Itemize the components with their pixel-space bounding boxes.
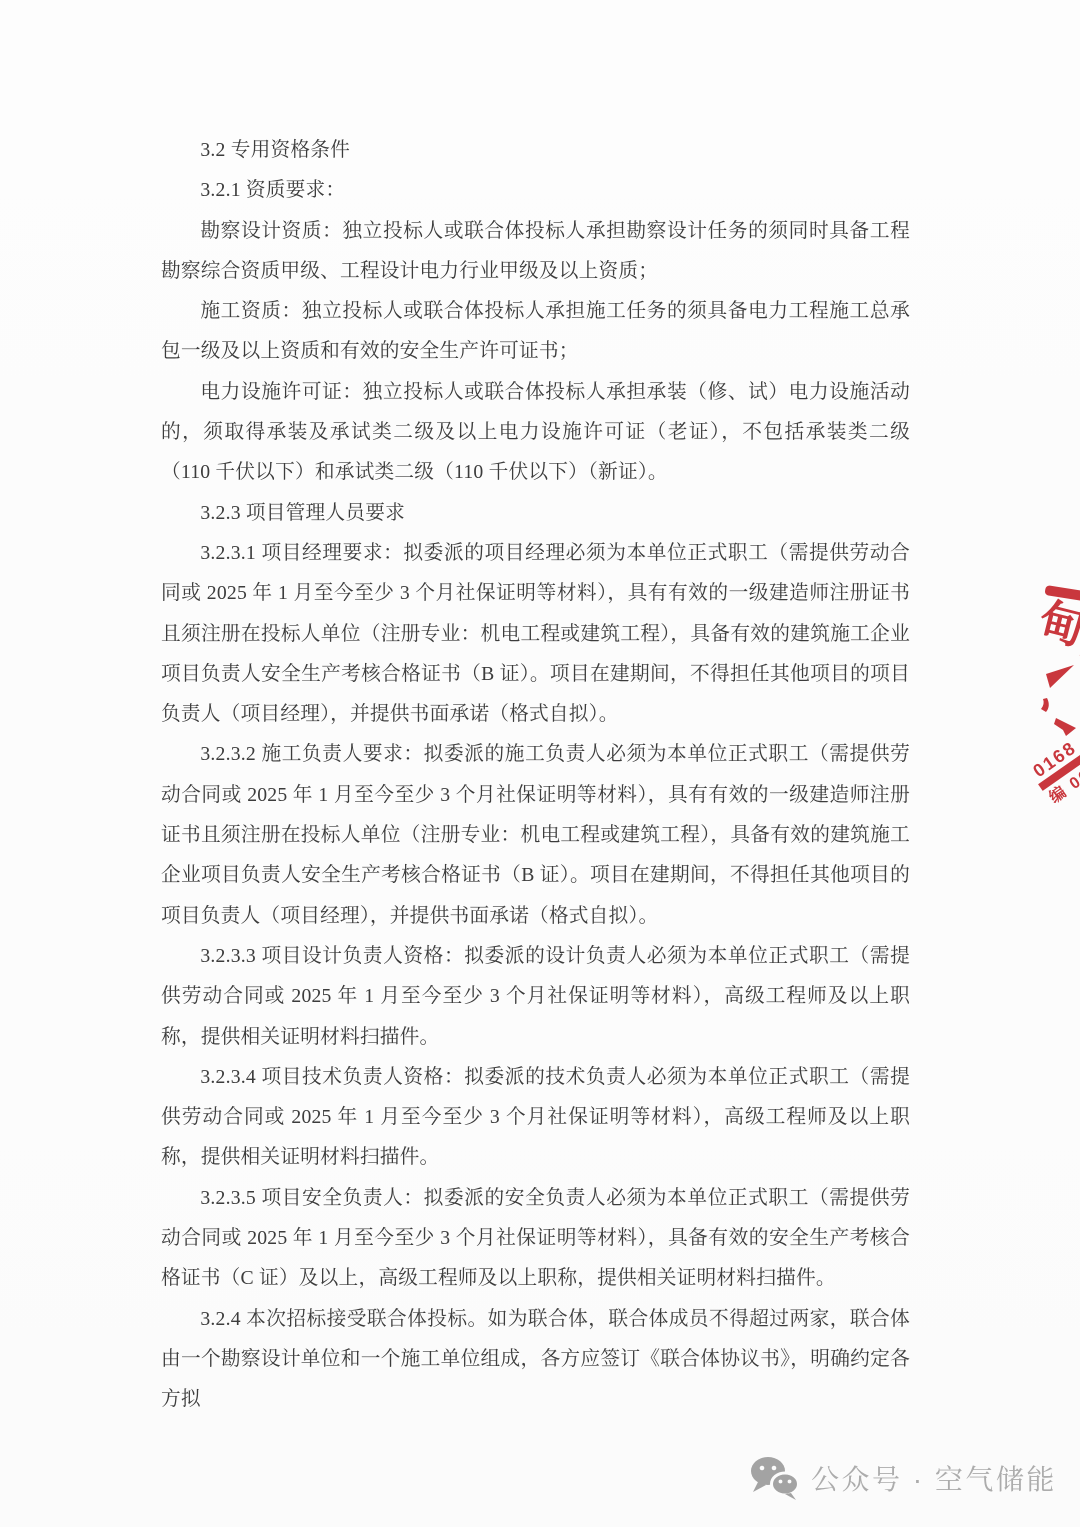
paragraph-consortium-bidding: 3.2.4 本次招标接受联合体投标。如为联合体，联合体成员不得超过两家，联合体由…: [161, 1299, 910, 1420]
watermark-label: 公众号 · 空气储能: [811, 1458, 1057, 1498]
stamp-mark: [1041, 698, 1049, 712]
stamp-mark: [1054, 718, 1076, 736]
stamp-serial-number: 0168: [1032, 737, 1080, 781]
stamp-character-fragment: 甸: [1034, 594, 1080, 655]
paragraph-design-lead-qualification: 3.2.3.3 项目设计负责人资格：拟委派的设计负责人必须为本单位正式职工（需提…: [161, 936, 910, 1057]
wechat-watermark: 公众号 · 空气储能: [750, 1452, 1057, 1504]
document-body: 3.2 专用资格条件 3.2.1 资质要求： 勘察设计资质：独立投标人或联合体投…: [161, 130, 910, 1420]
paragraph-survey-design-qualification: 勘察设计资质：独立投标人或联合体投标人承担勘察设计任务的须同时具备工程勘察综合资…: [161, 211, 910, 292]
paragraph-construction-lead-requirements: 3.2.3.2 施工负责人要求：拟委派的施工负责人必须为本单位正式职工（需提供劳…: [161, 734, 910, 935]
paragraph-technical-lead-qualification: 3.2.3.4 项目技术负责人资格：拟委派的技术负责人必须为本单位正式职工（需提…: [161, 1057, 910, 1178]
stamp-serial-number: 编 06: [1045, 765, 1080, 803]
paragraph-power-facility-license: 电力设施许可证：独立投标人或联合体投标人承担承装（修、试）电力设施活动的，须取得…: [161, 372, 910, 493]
paragraph-project-manager-requirements: 3.2.3.1 项目经理要求：拟委派的项目经理必须为本单位正式职工（需提供劳动合…: [161, 533, 910, 734]
heading-3-2-3: 3.2.3 项目管理人员要求: [161, 493, 910, 533]
paragraph-construction-qualification: 施工资质：独立投标人或联合体投标人承担施工任务的须具备电力工程施工总承包一级及以…: [161, 291, 910, 372]
scanned-document-page: 3.2 专用资格条件 3.2.1 资质要求： 勘察设计资质：独立投标人或联合体投…: [0, 0, 1080, 1527]
wechat-icon: [750, 1456, 798, 1500]
stamp-border-fragment: [1044, 585, 1080, 605]
red-seal-stamp-graphic: 甸 ろ 0168 编 06: [1032, 578, 1080, 803]
red-seal-stamp: 甸 ろ 0168 编 06: [1032, 578, 1080, 803]
paragraph-safety-lead-qualification: 3.2.3.5 项目安全负责人：拟委派的安全负责人必须为本单位正式职工（需提供劳…: [161, 1178, 910, 1299]
stamp-bar: [1038, 745, 1080, 791]
heading-3-2-1: 3.2.1 资质要求：: [161, 170, 910, 210]
stamp-character-fragment: ろ: [1071, 635, 1080, 678]
heading-3-2: 3.2 专用资格条件: [161, 130, 910, 170]
stamp-mark: [1046, 665, 1074, 688]
